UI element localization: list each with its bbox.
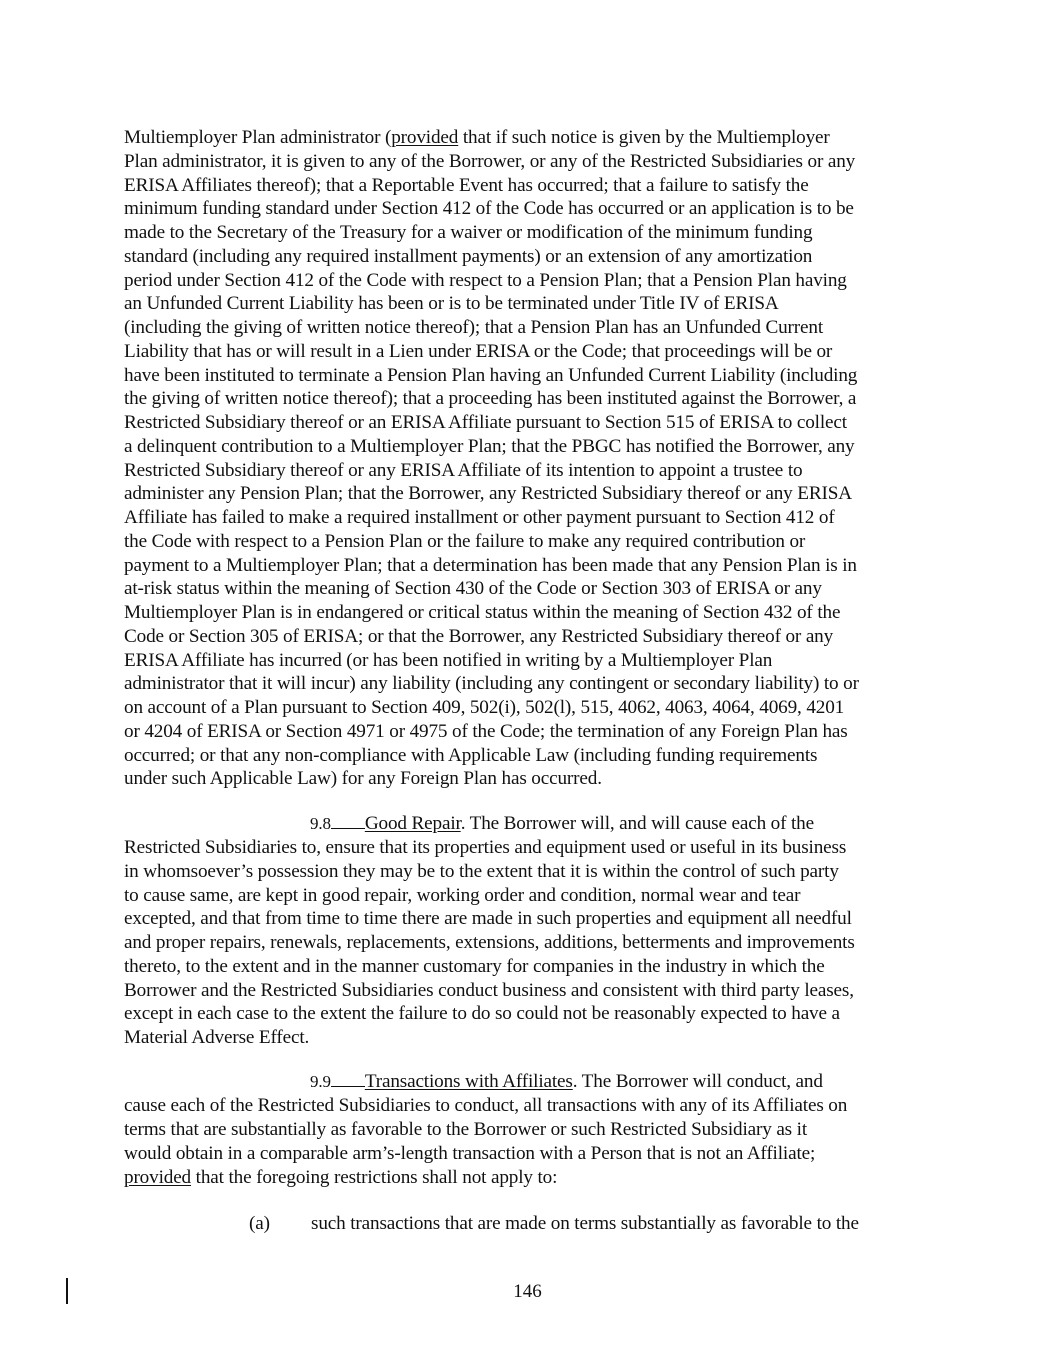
paragraph-line: Restricted Subsidiary thereof or an ERIS…: [124, 411, 847, 435]
paragraph-line: have been instituted to terminate a Pens…: [124, 364, 857, 388]
text-run: Plan administrator, it is given to any o…: [124, 151, 855, 172]
paragraph-line: made to the Secretary of the Treasury fo…: [124, 221, 812, 245]
paragraph-line: Borrower and the Restricted Subsidiaries…: [124, 979, 854, 1003]
text-run: that if such notice is given by the Mult…: [458, 127, 829, 148]
underlined-term: provided: [391, 127, 458, 148]
proviso-text: that the foregoing restrictions shall no…: [191, 1167, 557, 1188]
paragraph-line: period under Section 412 of the Code wit…: [124, 269, 847, 293]
paragraph-line: thereto, to the extent and in the manner…: [124, 955, 825, 979]
text-run: Affiliate has failed to make a required …: [124, 507, 835, 528]
paragraph-line: Restricted Subsidiaries to, ensure that …: [124, 836, 846, 860]
paragraph-line: would obtain in a comparable arm’s-lengt…: [124, 1142, 815, 1166]
paragraph-line: Plan administrator, it is given to any o…: [124, 150, 855, 174]
paragraph-line: administer any Pension Plan; that the Bo…: [124, 482, 852, 506]
section-9-8-heading-line: 9.8Good Repair. The Borrower will, and w…: [310, 812, 814, 836]
paragraph-line: Material Adverse Effect.: [124, 1026, 309, 1050]
section-number: 9.9: [310, 1072, 331, 1091]
paragraph-line: standard (including any required install…: [124, 245, 812, 269]
paragraph-line: (including the giving of written notice …: [124, 316, 823, 340]
paragraph-line: Affiliate has failed to make a required …: [124, 506, 835, 530]
text-run: on account of a Plan pursuant to Section…: [124, 697, 844, 718]
document-page: Multiemployer Plan administrator (provid…: [0, 0, 1055, 1365]
text-run: have been instituted to terminate a Pens…: [124, 365, 857, 386]
section-heading: Transactions with Affiliates: [365, 1071, 573, 1092]
text-run: under such Applicable Law) for any Forei…: [124, 768, 602, 789]
text-run: administrator that it will incur) any li…: [124, 673, 859, 694]
paragraph-line: minimum funding standard under Section 4…: [124, 197, 854, 221]
section-9-9-heading-line: 9.9Transactions with Affiliates. The Bor…: [310, 1070, 823, 1094]
paragraph-line: at-risk status within the meaning of Sec…: [124, 577, 822, 601]
text-run: Multiemployer Plan administrator (: [124, 127, 391, 148]
paragraph-line: or 4204 of ERISA or Section 4971 or 4975…: [124, 720, 848, 744]
text-run: made to the Secretary of the Treasury fo…: [124, 222, 812, 243]
text-run: Restricted Subsidiary thereof or any ERI…: [124, 460, 802, 481]
paragraph-line: a delinquent contribution to a Multiempl…: [124, 435, 855, 459]
paragraph-line: on account of a Plan pursuant to Section…: [124, 696, 844, 720]
section-text: . The Borrower will, and will cause each…: [461, 813, 814, 834]
paragraph-line: excepted, and that from time to time the…: [124, 907, 852, 931]
text-run: at-risk status within the meaning of Sec…: [124, 578, 822, 599]
paragraph-line: ERISA Affiliates thereof); that a Report…: [124, 174, 809, 198]
paragraph-line: the Code with respect to a Pension Plan …: [124, 530, 805, 554]
text-run: Restricted Subsidiary thereof or an ERIS…: [124, 412, 847, 433]
text-run: minimum funding standard under Section 4…: [124, 198, 854, 219]
text-run: the Code with respect to a Pension Plan …: [124, 531, 805, 552]
text-run: Liability that has or will result in a L…: [124, 341, 832, 362]
paragraph-line: an Unfunded Current Liability has been o…: [124, 292, 779, 316]
paragraph-line: payment to a Multiemployer Plan; that a …: [124, 554, 857, 578]
paragraph-line: occurred; or that any non-compliance wit…: [124, 744, 817, 768]
clause-a-text: such transactions that are made on terms…: [311, 1212, 859, 1236]
paragraph-line: Restricted Subsidiary thereof or any ERI…: [124, 459, 802, 483]
paragraph-line: ERISA Affiliate has incurred (or has bee…: [124, 649, 772, 673]
text-run: period under Section 412 of the Code wit…: [124, 270, 847, 291]
paragraph-line: to cause same, are kept in good repair, …: [124, 884, 800, 908]
text-run: ERISA Affiliate has incurred (or has bee…: [124, 650, 772, 671]
paragraph-line: Multiemployer Plan is in endangered or c…: [124, 601, 840, 625]
text-run: occurred; or that any non-compliance wit…: [124, 745, 817, 766]
section-heading: Good Repair: [365, 813, 461, 834]
page-number: 146: [0, 1281, 1055, 1303]
tab-leader: [331, 814, 365, 829]
paragraph-line: Code or Section 305 of ERISA; or that th…: [124, 625, 833, 649]
paragraph-line: cause each of the Restricted Subsidiarie…: [124, 1094, 847, 1118]
proviso-term: provided: [124, 1167, 191, 1188]
paragraph-line: in whomsoever’s possession they may be t…: [124, 860, 839, 884]
paragraph-line: terms that are substantially as favorabl…: [124, 1118, 807, 1142]
text-run: ERISA Affiliates thereof); that a Report…: [124, 175, 809, 196]
clause-a-label: (a): [249, 1212, 270, 1236]
text-run: Code or Section 305 of ERISA; or that th…: [124, 626, 833, 647]
text-run: payment to a Multiemployer Plan; that a …: [124, 555, 857, 576]
text-run: standard (including any required install…: [124, 246, 812, 267]
text-run: an Unfunded Current Liability has been o…: [124, 293, 779, 314]
paragraph-line: under such Applicable Law) for any Forei…: [124, 767, 602, 791]
text-run: a delinquent contribution to a Multiempl…: [124, 436, 855, 457]
text-run: the giving of written notice thereof); t…: [124, 388, 856, 409]
text-run: administer any Pension Plan; that the Bo…: [124, 483, 852, 504]
section-text: . The Borrower will conduct, and: [573, 1071, 823, 1092]
paragraph-line: the giving of written notice thereof); t…: [124, 387, 856, 411]
paragraph-line: except in each case to the extent the fa…: [124, 1002, 840, 1026]
paragraph-line: and proper repairs, renewals, replacemen…: [124, 931, 855, 955]
section-9-9-proviso-line: provided that the foregoing restrictions…: [124, 1166, 557, 1190]
text-run: Multiemployer Plan is in endangered or c…: [124, 602, 840, 623]
paragraph-line: Multiemployer Plan administrator (provid…: [124, 126, 830, 150]
paragraph-line: Liability that has or will result in a L…: [124, 340, 832, 364]
paragraph-line: administrator that it will incur) any li…: [124, 672, 859, 696]
text-run: (including the giving of written notice …: [124, 317, 823, 338]
tab-leader: [331, 1072, 365, 1087]
section-number: 9.8: [310, 814, 331, 833]
text-run: or 4204 of ERISA or Section 4971 or 4975…: [124, 721, 848, 742]
